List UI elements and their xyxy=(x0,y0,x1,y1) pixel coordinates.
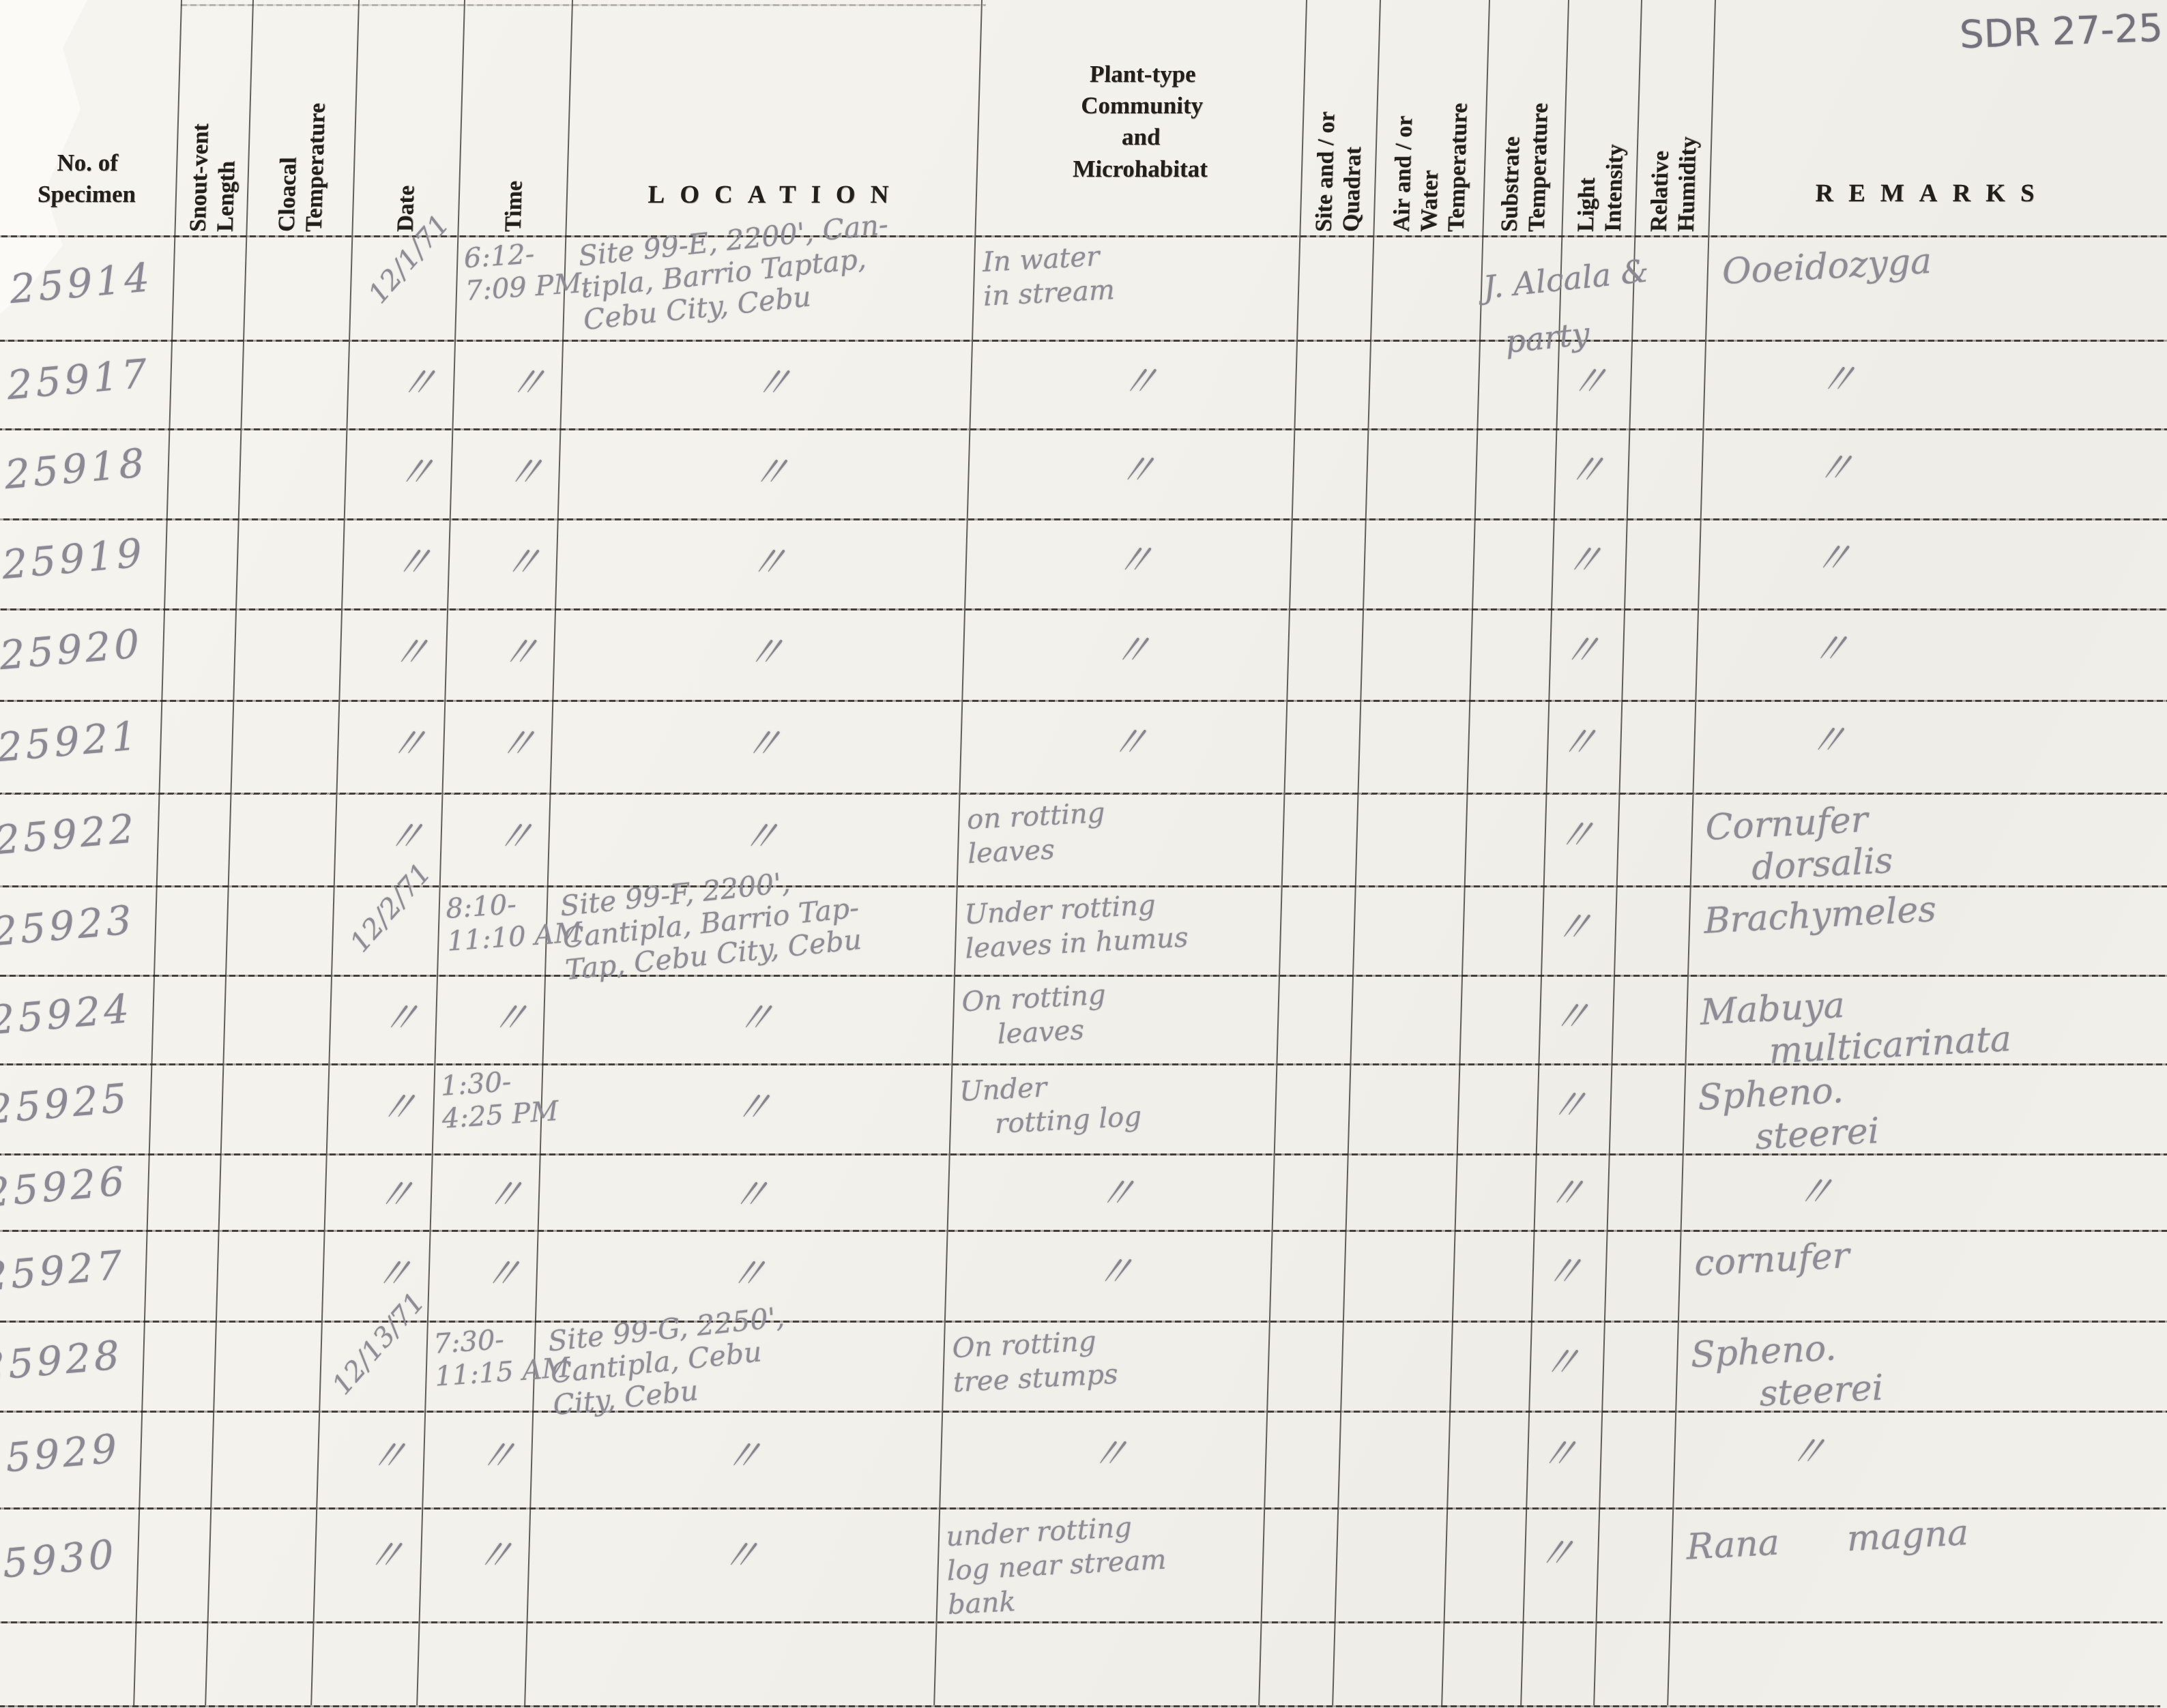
specimen-number: 25925 xyxy=(0,1073,149,1133)
location-ditto-mark: 〃 xyxy=(688,1237,809,1304)
remarks-ditto-mark: 〃 xyxy=(1771,704,1885,770)
time-entry: 1:30- 4:25 PM xyxy=(440,1062,559,1136)
microhabitat-entry: On rotting tree stumps xyxy=(952,1323,1118,1400)
grid-horizontal-line xyxy=(0,1230,2167,1232)
grid-horizontal-line xyxy=(0,1321,2167,1323)
location-ditto-mark: 〃 xyxy=(709,526,830,592)
microhabitat-entry: Under rotting leaves in humus xyxy=(964,887,1189,967)
location-ditto-mark: 〃 xyxy=(703,708,824,774)
specimen-number: 25924 xyxy=(0,984,151,1044)
microhabitat-entry: In water in stream xyxy=(982,239,1115,314)
specimen-number: 25918 xyxy=(3,438,167,498)
location-ditto-mark: 〃 xyxy=(701,801,821,867)
remarks-ditto-mark: 〃 xyxy=(1781,344,1895,410)
date-ditto-mark: 〃 xyxy=(343,1419,436,1486)
date-ditto-mark: 〃 xyxy=(373,347,466,413)
remarks-ditto-mark: 〃 xyxy=(1777,522,1891,589)
time-entry: 6:12- 7:09 PM. xyxy=(463,234,591,308)
location-ditto-mark: 〃 xyxy=(711,436,832,502)
grid-vertical-line xyxy=(1258,0,1307,1705)
column-header-time: Time xyxy=(499,7,533,236)
remarks-entry: Spheno. steerei xyxy=(1690,1325,1884,1419)
grid-horizontal-line xyxy=(0,1621,2163,1623)
location-ditto-mark: 〃 xyxy=(691,1159,812,1225)
date-ditto-mark: 〃 xyxy=(350,1159,443,1225)
specimen-number: 25921 xyxy=(0,711,160,771)
remarks-entry: Cornufer dorsalis xyxy=(1705,797,1893,892)
location-entry: Site 99-E, 2200', Can- tipla, Barrio Tap… xyxy=(577,208,894,336)
specimen-number: 25928 xyxy=(0,1330,142,1390)
grid-horizontal-line xyxy=(0,793,2167,795)
grid-horizontal-line xyxy=(0,975,2167,977)
specimen-number: 25919 xyxy=(1,528,164,588)
grid-horizontal-line xyxy=(0,700,2167,702)
remarks-ditto-mark: 〃 xyxy=(1759,1155,1873,1222)
microhabitat-ditto-mark: 〃 xyxy=(1064,1157,1172,1223)
light-ditto-mark: 〃 xyxy=(1524,980,1620,1046)
column-header-date: Date xyxy=(392,7,425,236)
field-data-sheet: No. of SpecimenSnout-vent LengthCloacal … xyxy=(0,0,2167,1708)
location-ditto-mark: 〃 xyxy=(706,617,827,683)
specimen-number: 25923 xyxy=(0,894,154,954)
grid-vertical-line xyxy=(205,0,254,1705)
location-ditto-mark: 〃 xyxy=(696,982,817,1048)
date-ditto-mark: 〃 xyxy=(368,526,461,592)
light-ditto-mark: 〃 xyxy=(1541,345,1638,411)
column-header-specimen: No. of Specimen xyxy=(13,147,161,210)
column-header-light: Light Intensity xyxy=(1572,7,1633,236)
light-ditto-mark: 〃 xyxy=(1531,706,1628,772)
location-ditto-mark: 〃 xyxy=(681,1519,802,1585)
date-ditto-mark: 〃 xyxy=(355,982,448,1048)
remarks-ditto-mark: 〃 xyxy=(1751,1415,1865,1482)
remarks-entry: Brachymeles xyxy=(1704,888,1937,943)
grid-horizontal-line xyxy=(0,608,2167,610)
light-ditto-mark: 〃 xyxy=(1509,1517,1605,1583)
date-ditto-mark: 〃 xyxy=(362,708,456,774)
light-ditto-mark: 〃 xyxy=(1526,891,1623,957)
microhabitat-ditto-mark: 〃 xyxy=(1084,435,1191,501)
page-label: SDR 27-25 xyxy=(1959,6,2164,57)
column-header-location: LOCATION xyxy=(575,179,976,212)
microhabitat-ditto-mark: 〃 xyxy=(1087,345,1194,411)
collector-note-line1: J. Alcala & xyxy=(1482,252,1650,306)
microhabitat-entry: Under rotting log xyxy=(959,1065,1142,1143)
microhabitat-ditto-mark: 〃 xyxy=(1057,1417,1164,1484)
grid-top-edge-line xyxy=(181,4,986,6)
location-ditto-mark: 〃 xyxy=(714,347,834,413)
grid-vertical-line xyxy=(1332,0,1381,1705)
light-ditto-mark: 〃 xyxy=(1521,1070,1618,1136)
specimen-number: 25920 xyxy=(0,619,162,679)
grid-horizontal-line xyxy=(0,885,2167,887)
grid-horizontal-line xyxy=(0,428,2167,430)
microhabitat-ditto-mark: 〃 xyxy=(1062,1236,1169,1302)
column-header-cloacal: Cloacal Temperature xyxy=(273,7,334,236)
remarks-ditto-mark: 〃 xyxy=(1779,432,1893,499)
microhabitat-ditto-mark: 〃 xyxy=(1077,706,1184,772)
grid-horizontal-line xyxy=(0,340,2167,342)
column-header-microhabitat: Plant-type Community and Microhabitat xyxy=(1003,59,1279,185)
light-ditto-mark: 〃 xyxy=(1514,1327,1611,1393)
grid-horizontal-line xyxy=(0,518,2167,520)
location-ditto-mark: 〃 xyxy=(693,1071,814,1137)
microhabitat-entry: under rotting log near stream bank xyxy=(946,1509,1167,1623)
column-header-substrate: Substrate Temperature xyxy=(1496,7,1556,236)
date-ditto-mark: 〃 xyxy=(340,1519,433,1585)
grid-horizontal-line xyxy=(0,1705,2160,1707)
microhabitat-entry: On rotting leaves xyxy=(961,978,1107,1054)
column-header-site: Site and / or Quadrat xyxy=(1310,7,1371,236)
light-ditto-mark: 〃 xyxy=(1539,435,1635,501)
light-ditto-mark: 〃 xyxy=(1537,525,1633,591)
column-header-humidity: Relative Humidity xyxy=(1645,7,1706,236)
remarks-entry: Ooeidozyga xyxy=(1721,240,1932,293)
light-ditto-mark: 〃 xyxy=(1519,1157,1616,1223)
light-ditto-mark: 〃 xyxy=(1534,615,1631,681)
remarks-entry: Spheno. steerei xyxy=(1698,1067,1880,1162)
microhabitat-entry: on rotting leaves xyxy=(967,796,1107,871)
specimen-number: 25914 xyxy=(9,252,173,312)
light-ditto-mark: 〃 xyxy=(1511,1417,1608,1484)
light-ditto-mark: 〃 xyxy=(1528,799,1625,865)
specimen-number: 25917 xyxy=(6,349,170,409)
light-ditto-mark: 〃 xyxy=(1517,1236,1614,1302)
date-ditto-mark: 〃 xyxy=(365,617,459,683)
microhabitat-ditto-mark: 〃 xyxy=(1079,615,1187,681)
specimen-table: No. of SpecimenSnout-vent LengthCloacal … xyxy=(0,0,2167,1708)
microhabitat-ditto-mark: 〃 xyxy=(1082,525,1189,591)
remarks-ditto-mark: 〃 xyxy=(1774,613,1888,679)
column-header-remarks: REMARKS xyxy=(1742,177,2122,211)
location-entry: Site 99-F, 2200', Cantipla, Barrio Tap- … xyxy=(559,860,863,987)
remarks-entry: cornufer xyxy=(1694,1235,1850,1285)
grid-horizontal-line xyxy=(0,1507,2166,1510)
date-ditto-mark: 〃 xyxy=(352,1071,446,1137)
specimen-number: 25929 xyxy=(0,1424,139,1484)
column-header-svl: Snout-vent Length xyxy=(184,7,245,236)
specimen-number: 25922 xyxy=(0,804,157,864)
remarks-entry: Mabuya multicarinata xyxy=(1700,975,2011,1076)
remarks-entry: Rana magna xyxy=(1686,1512,1969,1569)
column-header-airwater: Air and / or Water Temperature xyxy=(1388,7,1476,236)
date-ditto-mark: 〃 xyxy=(370,436,463,502)
specimen-number: 25930 xyxy=(0,1529,136,1589)
location-ditto-mark: 〃 xyxy=(684,1419,804,1486)
grid-vertical-line xyxy=(1441,0,1490,1705)
specimen-number: 25927 xyxy=(0,1239,145,1299)
location-entry: Site 99-G, 2250', Cantipla, Cebu City, C… xyxy=(547,1301,791,1422)
specimen-number: 25926 xyxy=(0,1156,147,1216)
